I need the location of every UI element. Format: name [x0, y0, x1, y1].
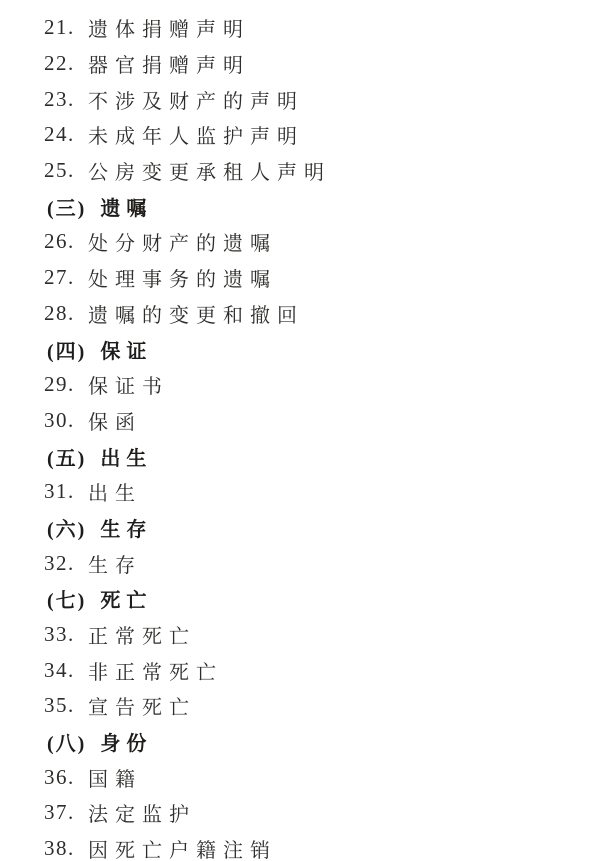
- section-header: (四)保证: [0, 331, 600, 367]
- list-item: 38.因死亡户籍注销: [0, 831, 600, 861]
- list-item: 29.保证书: [0, 367, 600, 403]
- section-header: (五)出生: [0, 438, 600, 474]
- section-header: (八)身份: [0, 724, 600, 760]
- item-number: 31.: [44, 479, 88, 504]
- list-item: 35.宣告死亡: [0, 688, 600, 724]
- list-item: 21.遗体捐赠声明: [0, 10, 600, 46]
- list-item: 24.未成年人监护声明: [0, 117, 600, 153]
- item-number: 29.: [44, 372, 88, 397]
- item-text: 保证书: [88, 370, 169, 399]
- item-text: 器官捐赠声明: [88, 49, 250, 78]
- item-number: 35.: [44, 693, 88, 718]
- item-number: 38.: [44, 836, 88, 861]
- item-number: 33.: [44, 622, 88, 647]
- list-item: 36.国籍: [0, 759, 600, 795]
- section-label: (四): [47, 335, 86, 364]
- item-text: 保函: [88, 406, 142, 435]
- item-number: 26.: [44, 229, 88, 254]
- list-item: 26.处分财产的遗嘱: [0, 224, 600, 260]
- section-header: (六)生存: [0, 510, 600, 546]
- section-header: (七)死亡: [0, 581, 600, 617]
- item-text: 国籍: [88, 763, 142, 792]
- list-item: 34.非正常死亡: [0, 652, 600, 688]
- item-text: 法定监护: [88, 798, 196, 827]
- item-number: 23.: [44, 87, 88, 112]
- item-text: 公房变更承租人声明: [88, 156, 331, 185]
- item-text: 正常死亡: [88, 620, 196, 649]
- list-item: 23.不涉及财产的声明: [0, 81, 600, 117]
- item-text: 宣告死亡: [88, 691, 196, 720]
- item-text: 因死亡户籍注销: [88, 834, 277, 861]
- item-text: 遗体捐赠声明: [88, 13, 250, 42]
- item-number: 22.: [44, 51, 88, 76]
- section-label: (三): [47, 192, 86, 221]
- item-text: 非正常死亡: [88, 656, 223, 685]
- list-item: 33.正常死亡: [0, 617, 600, 653]
- section-title: 死亡: [100, 584, 152, 613]
- section-title: 生存: [100, 513, 152, 542]
- item-number: 37.: [44, 800, 88, 825]
- list-item: 32.生存: [0, 545, 600, 581]
- section-label: (八): [47, 727, 86, 756]
- item-text: 处分财产的遗嘱: [88, 227, 277, 256]
- item-text: 遗嘱的变更和撤回: [88, 299, 304, 328]
- item-number: 25.: [44, 158, 88, 183]
- item-text: 生存: [88, 549, 142, 578]
- section-label: (五): [47, 442, 86, 471]
- list-item: 22.器官捐赠声明: [0, 46, 600, 82]
- item-number: 30.: [44, 408, 88, 433]
- list-item: 28.遗嘱的变更和撤回: [0, 296, 600, 332]
- item-text: 不涉及财产的声明: [88, 85, 304, 114]
- item-number: 36.: [44, 765, 88, 790]
- list-item: 31.出生: [0, 474, 600, 510]
- item-number: 34.: [44, 658, 88, 683]
- document-page: 21.遗体捐赠声明22.器官捐赠声明23.不涉及财产的声明24.未成年人监护声明…: [0, 0, 600, 861]
- section-title: 出生: [100, 442, 152, 471]
- item-number: 28.: [44, 301, 88, 326]
- list-item: 27.处理事务的遗嘱: [0, 260, 600, 296]
- section-title: 身份: [100, 727, 152, 756]
- section-title: 遗嘱: [100, 192, 152, 221]
- section-label: (七): [47, 584, 86, 613]
- section-header: (三)遗嘱: [0, 188, 600, 224]
- item-number: 27.: [44, 265, 88, 290]
- document-body: 21.遗体捐赠声明22.器官捐赠声明23.不涉及财产的声明24.未成年人监护声明…: [0, 10, 600, 861]
- section-label: (六): [47, 513, 86, 542]
- item-number: 21.: [44, 15, 88, 40]
- list-item: 30.保函: [0, 403, 600, 439]
- item-number: 32.: [44, 551, 88, 576]
- section-title: 保证: [100, 335, 152, 364]
- list-item: 37.法定监护: [0, 795, 600, 831]
- list-item: 25.公房变更承租人声明: [0, 153, 600, 189]
- item-number: 24.: [44, 122, 88, 147]
- item-text: 未成年人监护声明: [88, 120, 304, 149]
- item-text: 出生: [88, 477, 142, 506]
- item-text: 处理事务的遗嘱: [88, 263, 277, 292]
